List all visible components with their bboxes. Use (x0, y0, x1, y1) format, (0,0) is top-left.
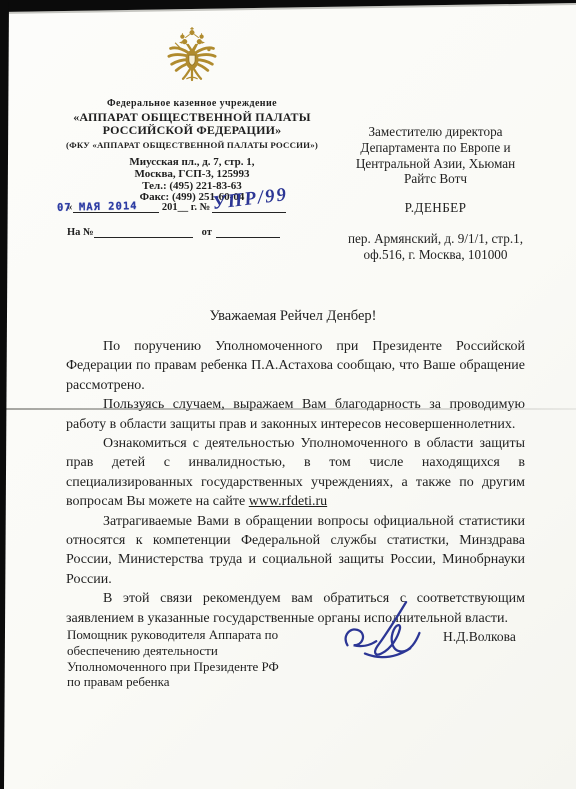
recipient-line: Заместителю директора (333, 124, 538, 140)
website-link: www.rfdeti.ru (249, 494, 327, 509)
number-underline: УПР/99 (212, 199, 286, 213)
from-label: от (202, 227, 212, 238)
paragraph: Пользуясь случаем, выражаем Вам благодар… (66, 395, 525, 434)
recipient-line: Центральной Азии, Хьюман (333, 156, 538, 172)
recipient-address-line1: пер. Армянский, д. 9/1/1, стр.1, (333, 231, 538, 247)
outgoing-date-line: «07 МАЯ 2014 201__ г. №УПР/99 (67, 199, 297, 221)
org-address: Миусская пл., д. 7, стр. 1, Москва, ГСП-… (39, 157, 345, 204)
salutation: Уважаемая Рейчел Денбер! (63, 308, 523, 325)
reply-date-underline (216, 224, 280, 238)
year-number-label: 201__ г. № (162, 202, 210, 213)
recipient-address-line2: оф.516, г. Москва, 101000 (333, 247, 538, 263)
reply-to-label: На № (67, 227, 94, 238)
reference-block: «07 МАЯ 2014 201__ г. №УПР/99 На №от (67, 199, 297, 246)
org-abbreviation: (ФКУ «АППАРАТ ОБЩЕСТВЕННОЙ ПАЛАТЫ РОССИИ… (39, 140, 345, 150)
paragraph: По поручению Уполномоченного при Президе… (66, 337, 525, 395)
letterhead: Федеральное казенное учреждение «АППАРАТ… (39, 27, 345, 204)
date-stamp: 07 МАЯ 2014 (57, 200, 138, 214)
recipient-name: Р.ДЕНБЕР (333, 200, 538, 216)
recipient-line: Райтс Вотч (333, 171, 538, 187)
org-name: «АППАРАТ ОБЩЕСТВЕННОЙ ПАЛАТЫ РОССИЙСКОЙ … (39, 111, 345, 137)
letter-body: По поручению Уполномоченного при Президе… (66, 337, 525, 628)
scan-artifact-line (3, 408, 576, 410)
org-name-line2: РОССИЙСКОЙ ФЕДЕРАЦИИ» (103, 123, 282, 137)
coat-of-arms-icon (163, 27, 221, 89)
paragraph: Ознакомиться с деятельностью Уполномочен… (66, 434, 525, 512)
org-name-line1: «АППАРАТ ОБЩЕСТВЕННОЙ ПАЛАТЫ (73, 110, 311, 124)
handwritten-signature (333, 597, 438, 671)
date-underline: 07 МАЯ 2014 (73, 199, 159, 213)
scan-edge-left (0, 0, 11, 789)
letter-page: Федеральное казенное учреждение «АППАРАТ… (3, 3, 576, 789)
signer-title-line: по правам ребенка (67, 674, 347, 690)
scanned-letter: Федеральное казенное учреждение «АППАРАТ… (0, 0, 576, 789)
signer-title-line: Уполномоченного при Президенте РФ (67, 659, 347, 675)
signer-name: Н.Д.Волкова (443, 629, 516, 645)
paragraph: Затрагиваемые Вами в обращении вопросы о… (66, 512, 525, 590)
recipient-address: пер. Армянский, д. 9/1/1, стр.1, оф.516,… (333, 231, 538, 263)
recipient-line: Департамента по Европе и (333, 140, 538, 156)
incoming-reference-line: На №от (67, 224, 297, 246)
org-type: Федеральное казенное учреждение (39, 98, 345, 109)
signer-title-line: обеспечению деятельности (67, 643, 347, 659)
org-address-line2: Москва, ГСП-3, 125993 (39, 169, 345, 181)
recipient-block: Заместителю директора Департамента по Ев… (333, 124, 538, 263)
paragraph: В этой связи рекомендуем вам обратиться … (66, 589, 525, 628)
reply-number-underline (94, 224, 193, 238)
signer-title: Помощник руководителя Аппарата по обеспе… (67, 627, 347, 690)
signer-title-line: Помощник руководителя Аппарата по (67, 627, 347, 643)
